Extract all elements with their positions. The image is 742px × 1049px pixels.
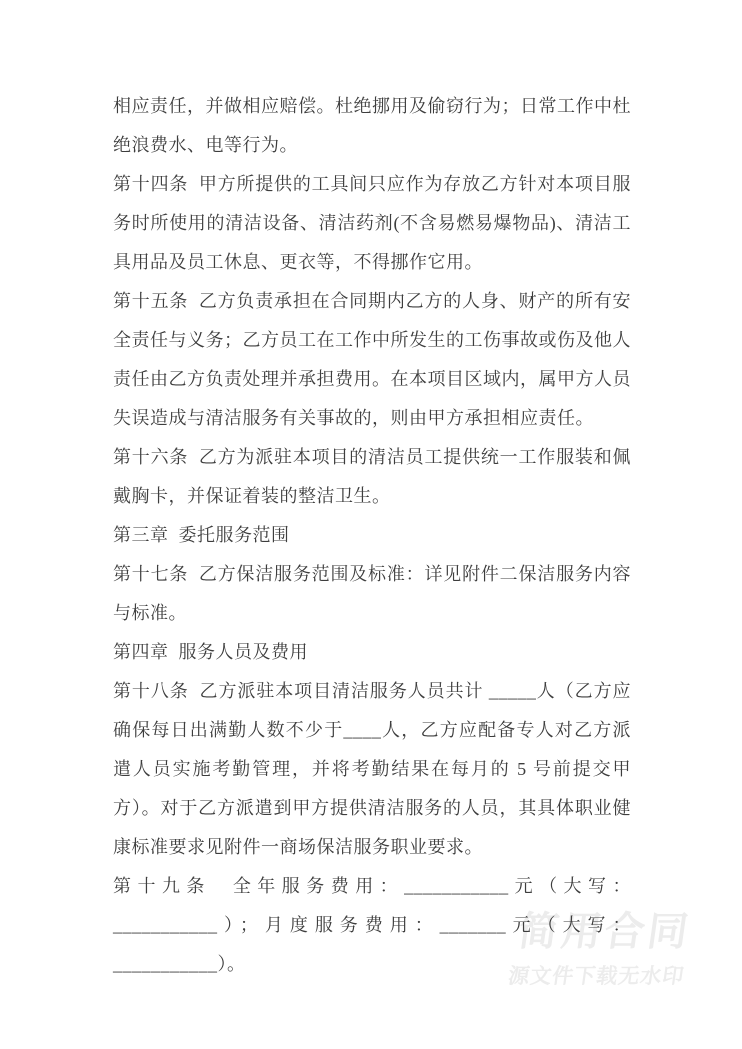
contract-body: 相应责任，并做相应赔偿。杜绝挪用及偷窃行为；日常工作中杜绝浪费水、电等行为。 第… — [113, 87, 631, 984]
contract-document-page: 简用合同 源文件下载无水印 相应责任，并做相应赔偿。杜绝挪用及偷窃行为；日常工作… — [0, 0, 742, 1049]
paragraph-clause15: 第十五条 乙方负责承担在合同期内乙方的人身、财产的所有安全责任与义务；乙方员工在… — [113, 282, 631, 438]
paragraph-clause18: 第十八条 乙方派驻本项目清洁服务人员共计 _____人（乙方应确保每日出满勤人数… — [113, 672, 631, 867]
paragraph-continuation-clause13: 相应责任，并做相应赔偿。杜绝挪用及偷窃行为；日常工作中杜绝浪费水、电等行为。 — [113, 87, 631, 165]
paragraph-clause14: 第十四条 甲方所提供的工具间只应作为存放乙方针对本项目服务时所使用的清洁设备、清… — [113, 165, 631, 282]
paragraph-clause17: 第十七条 乙方保洁服务范围及标准：详见附件二保洁服务内容与标准。 — [113, 555, 631, 633]
chapter-heading-3: 第三章 委托服务范围 — [113, 516, 631, 555]
paragraph-clause19: 第十九条 全年服务费用：___________元（大写：___________）… — [113, 867, 631, 984]
paragraph-clause16: 第十六条 乙方为派驻本项目的清洁员工提供统一工作服装和佩戴胸卡，并保证着装的整洁… — [113, 438, 631, 516]
chapter-heading-4: 第四章 服务人员及费用 — [113, 633, 631, 672]
